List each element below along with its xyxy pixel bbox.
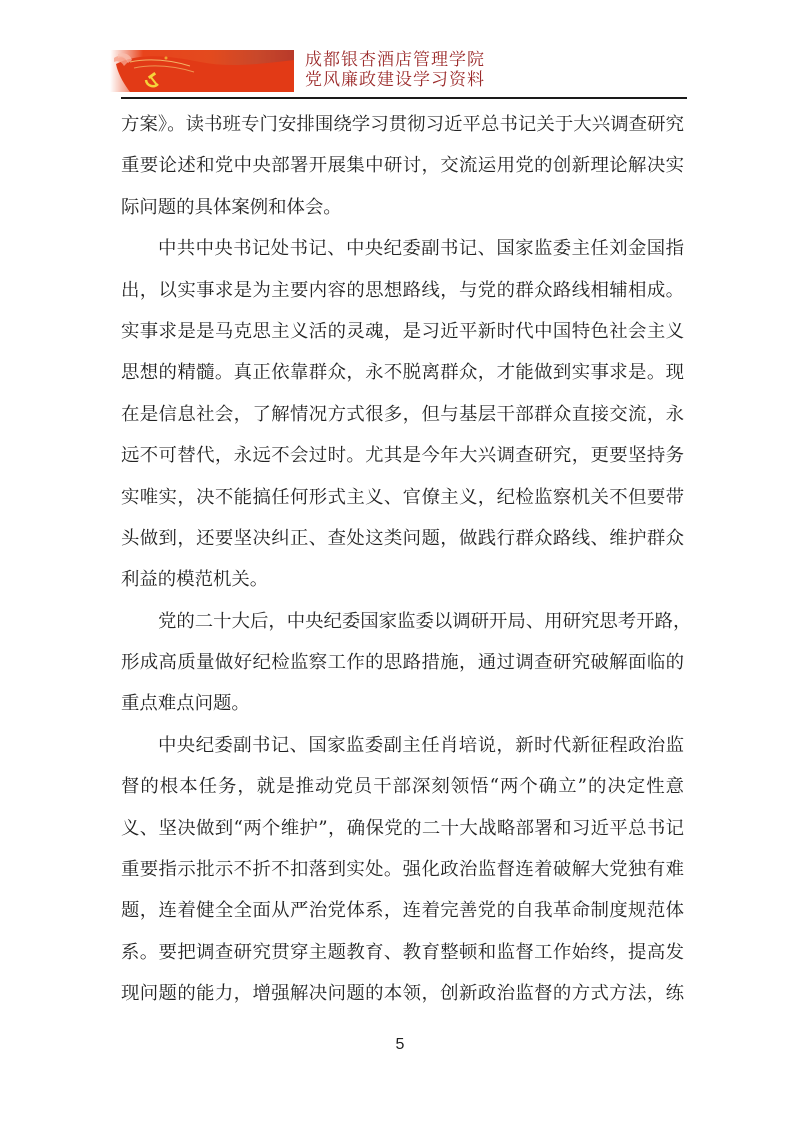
document-header: 成都银杏酒店管理学院 党风廉政建设学习资料 xyxy=(0,0,800,100)
header-divider xyxy=(121,97,687,99)
text-line: 重点难点问题。 xyxy=(121,683,684,724)
text-line: 形成高质量做好纪检监察工作的思路措施，通过调查研究破解面临的 xyxy=(121,642,684,683)
header-banner xyxy=(110,50,294,92)
text-line: 远不可替代，永远不会过时。尤其是今年大兴调查研究，更要坚持务 xyxy=(121,435,684,476)
header-title: 成都银杏酒店管理学院 党风廉政建设学习资料 xyxy=(305,50,485,90)
text-line: 实事求是是马克思主义活的灵魂，是习近平新时代中国特色社会主义 xyxy=(121,311,684,352)
document-subtitle: 党风廉政建设学习资料 xyxy=(305,70,485,90)
text-line: 出，以实事求是为主要内容的思想路线，与党的群众路线相辅相成。 xyxy=(121,270,684,311)
text-line: 头做到，还要坚决纠正、查处这类问题，做践行群众路线、维护群众 xyxy=(121,518,684,559)
text-line: 党的二十大后，中央纪委国家监委以调研开局、用研究思考开路， xyxy=(121,601,684,642)
text-line: 督的根本任务，就是推动党员干部深刻领悟“两个确立”的决定性意 xyxy=(121,766,684,807)
page-number: 5 xyxy=(0,1036,800,1054)
text-line: 际问题的具体案例和体会。 xyxy=(121,187,684,228)
paragraph: 中共中央书记处书记、中央纪委副书记、国家监委主任刘金国指 出，以实事求是为主要内… xyxy=(121,228,684,601)
paragraph: 党的二十大后，中央纪委国家监委以调研开局、用研究思考开路， 形成高质量做好纪检监… xyxy=(121,601,684,725)
text-line: 义、坚决做到“两个维护”，确保党的二十大战略部署和习近平总书记 xyxy=(121,808,684,849)
text-line: 在是信息社会，了解情况方式很多，但与基层干部群众直接交流，永 xyxy=(121,394,684,435)
text-line: 重要论述和党中央部署开展集中研讨，交流运用党的创新理论解决实 xyxy=(121,145,684,186)
text-line: 系。要把调查研究贯穿主题教育、教育整顿和监督工作始终，提高发 xyxy=(121,932,684,973)
text-line: 中共中央书记处书记、中央纪委副书记、国家监委主任刘金国指 xyxy=(121,228,684,269)
party-flag-icon xyxy=(110,50,294,92)
text-line: 重要指示批示不折不扣落到实处。强化政治监督连着破解大党独有难 xyxy=(121,849,684,890)
text-line: 现问题的能力，增强解决问题的本领，创新政治监督的方式方法，练 xyxy=(121,973,684,1014)
text-line: 方案》。读书班专门安排围绕学习贯彻习近平总书记关于大兴调查研究 xyxy=(121,104,684,145)
text-line: 中央纪委副书记、国家监委副主任肖培说，新时代新征程政治监 xyxy=(121,725,684,766)
text-line: 实唯实，决不能搞任何形式主义、官僚主义，纪检监察机关不但要带 xyxy=(121,477,684,518)
text-line: 思想的精髓。真正依靠群众，永不脱离群众，才能做到实事求是。现 xyxy=(121,352,684,393)
paragraph: 方案》。读书班专门安排围绕学习贯彻习近平总书记关于大兴调查研究 重要论述和党中央… xyxy=(121,104,684,228)
paragraph: 中央纪委副书记、国家监委副主任肖培说，新时代新征程政治监 督的根本任务，就是推动… xyxy=(121,725,684,1015)
document-body: 方案》。读书班专门安排围绕学习贯彻习近平总书记关于大兴调查研究 重要论述和党中央… xyxy=(121,104,684,1015)
text-line: 题，连着健全全面从严治党体系，连着完善党的自我革命制度规范体 xyxy=(121,890,684,931)
text-line: 利益的模范机关。 xyxy=(121,559,684,600)
institution-name: 成都银杏酒店管理学院 xyxy=(305,50,485,70)
